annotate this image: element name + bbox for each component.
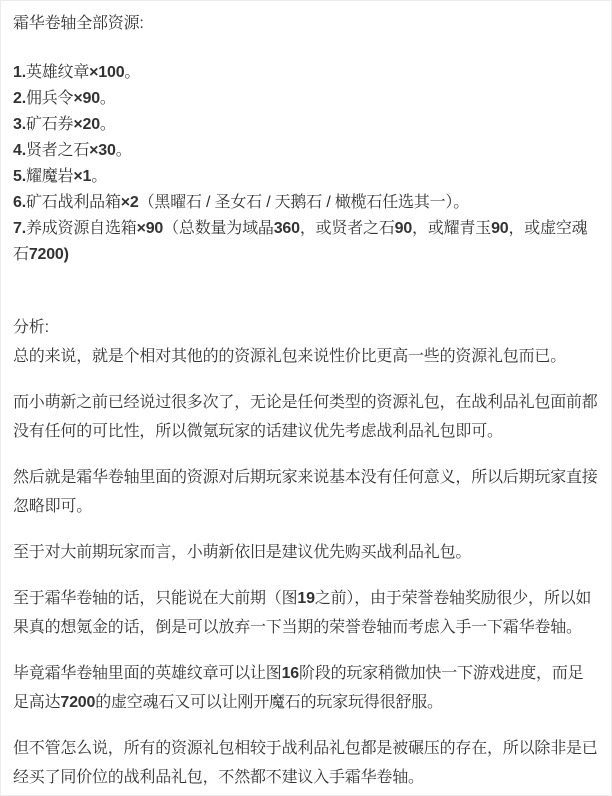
analysis-paragraph: 至于对大前期玩家而言，小萌新依旧是建议优先购买战利品礼包。 xyxy=(13,538,598,567)
document-page: 霜华卷轴全部资源: 1.英雄纹章×100。 2.佣兵令×90。 3.矿石券×20… xyxy=(13,9,598,792)
resource-list-item-2: 2.佣兵令×90。 xyxy=(13,86,598,112)
resource-list-item-3: 3.矿石券×20。 xyxy=(13,112,598,138)
resource-list: 1.英雄纹章×100。 2.佣兵令×90。 3.矿石券×20。 4.贤者之石×3… xyxy=(13,60,598,268)
analysis-paragraph: 毕竟霜华卷轴里面的英雄纹章可以让图16阶段的玩家稍微加快一下游戏进度，而足足高达… xyxy=(13,659,598,717)
resource-list-item-4: 4.贤者之石×30。 xyxy=(13,138,598,164)
resource-list-item-1: 1.英雄纹章×100。 xyxy=(13,60,598,86)
page-title: 霜华卷轴全部资源: xyxy=(13,9,598,38)
resource-list-item-7: 7.养成资源自选箱×90（总数量为域晶360，或贤者之石90，或耀青玉90，或虚… xyxy=(13,216,598,268)
analysis-paragraph: 至于霜华卷轴的话，只能说在大前期（图19之前），由于荣誉卷轴奖励很少，所以如果真… xyxy=(13,584,598,642)
analysis-section: 分析: 总的来说，就是个相对其他的的资源礼包来说性价比更高一些的资源礼包而已。 xyxy=(13,313,598,371)
resource-list-item-6: 6.矿石战利品箱×2（黑曜石 / 圣女石 / 天鹅石 / 橄榄石任选其一）。 xyxy=(13,190,598,216)
analysis-heading: 分析: xyxy=(13,313,598,342)
analysis-paragraph: 而小萌新之前已经说过很多次了，无论是任何类型的资源礼包，在战利品礼包面前都没有任… xyxy=(13,388,598,446)
resource-list-item-5: 5.耀魔岩×1。 xyxy=(13,164,598,190)
analysis-paragraph: 但不管怎么说，所有的资源礼包相较于战利品礼包都是被碾压的存在，所以除非是已经买了… xyxy=(13,734,598,792)
analysis-summary: 总的来说，就是个相对其他的的资源礼包来说性价比更高一些的资源礼包而已。 xyxy=(13,342,598,371)
analysis-paragraph: 然后就是霜华卷轴里面的资源对后期玩家来说基本没有任何意义，所以后期玩家直接忽略即… xyxy=(13,463,598,521)
